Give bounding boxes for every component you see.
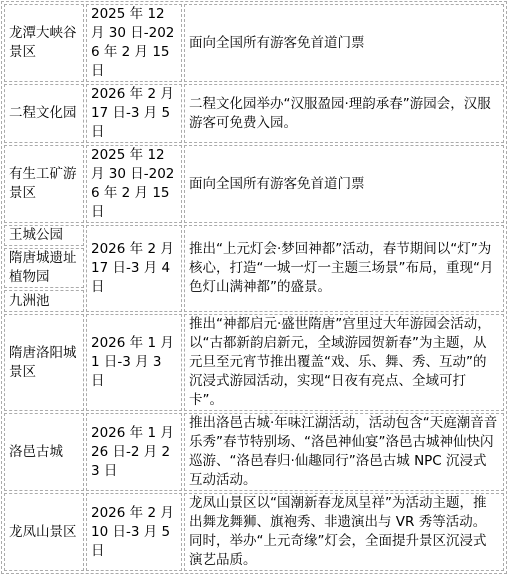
- scenic-spot-name: 隋唐洛阳城景区: [4, 314, 84, 411]
- table-row: 有生工矿游景区 2025 年 12 月 30 日-2026 年 2 月 15 日…: [4, 145, 504, 223]
- scenic-spot-name: 龙潭大峡谷景区: [4, 4, 84, 82]
- scenic-spot-name: 隋唐城遗址植物园: [4, 248, 84, 288]
- scenic-spot-name: 龙凤山景区: [4, 493, 84, 571]
- table-row: 龙凤山景区 2026 年 2 月 10 日-3 月 5 日 龙凤山景区以“国潮新…: [4, 493, 504, 571]
- table-row: 隋唐洛阳城景区 2026 年 1 月 1 日-3 月 3 日 推出“神都启元·盛…: [4, 314, 504, 411]
- activity-dates: 2026 年 1 月 26 日-2 月 23 日: [86, 413, 182, 491]
- activity-description: 推出“神都启元·盛世隋唐”宫里过大年游园会活动，以“古都新韵启新元，全域游园贺新…: [184, 314, 504, 411]
- scenic-spot-name: 九洲池: [4, 290, 84, 312]
- scenic-spot-name: 有生工矿游景区: [4, 145, 84, 223]
- table-row: 王城公园 2026 年 2 月 17 日-3 月 4 日 推出“上元灯会·梦回神…: [4, 225, 504, 246]
- table-row: 洛邑古城 2026 年 1 月 26 日-2 月 23 日 推出洛邑古城·年味江…: [4, 413, 504, 491]
- activity-dates: 2026 年 1 月 1 日-3 月 3 日: [86, 314, 182, 411]
- activity-description: 面向全国所有游客免首道门票: [184, 145, 504, 223]
- scenic-spot-name: 洛邑古城: [4, 413, 84, 491]
- scenic-spot-name: 王城公园: [4, 225, 84, 246]
- activity-dates: 2025 年 12 月 30 日-2026 年 2 月 15 日: [86, 145, 182, 223]
- activity-description: 龙凤山景区以“国潮新春龙凤呈祥”为活动主题，推出舞龙舞狮、旗袍秀、非遗演出与 V…: [184, 493, 504, 571]
- activity-description: 推出洛邑古城·年味江湖活动，活动包含“天庭潮音音乐秀”春节特别场、“洛邑神仙宴”…: [184, 413, 504, 491]
- scenic-spot-name: 二程文化园: [4, 84, 84, 143]
- activity-dates: 2026 年 2 月 10 日-3 月 5 日: [86, 493, 182, 571]
- activity-description: 面向全国所有游客免首道门票: [184, 4, 504, 82]
- activity-dates: 2025 年 12 月 30 日-2026 年 2 月 15 日: [86, 4, 182, 82]
- activity-dates: 2026 年 2 月 17 日-3 月 4 日: [86, 225, 182, 312]
- activity-description: 二程文化园举办“汉服盈园·理韵承春”游园会，汉服游客可免费入园。: [184, 84, 504, 143]
- activity-description: 推出“上元灯会·梦回神都”活动，春节期间以“灯”为核心，打造“一城一灯一主题三场…: [184, 225, 504, 312]
- table-row: 二程文化园 2026 年 2 月 17 日-3 月 5 日 二程文化园举办“汉服…: [4, 84, 504, 143]
- activity-dates: 2026 年 2 月 17 日-3 月 5 日: [86, 84, 182, 143]
- table-row: 龙潭大峡谷景区 2025 年 12 月 30 日-2026 年 2 月 15 日…: [4, 4, 504, 82]
- scenic-spots-activities-table: 龙潭大峡谷景区 2025 年 12 月 30 日-2026 年 2 月 15 日…: [1, 1, 507, 574]
